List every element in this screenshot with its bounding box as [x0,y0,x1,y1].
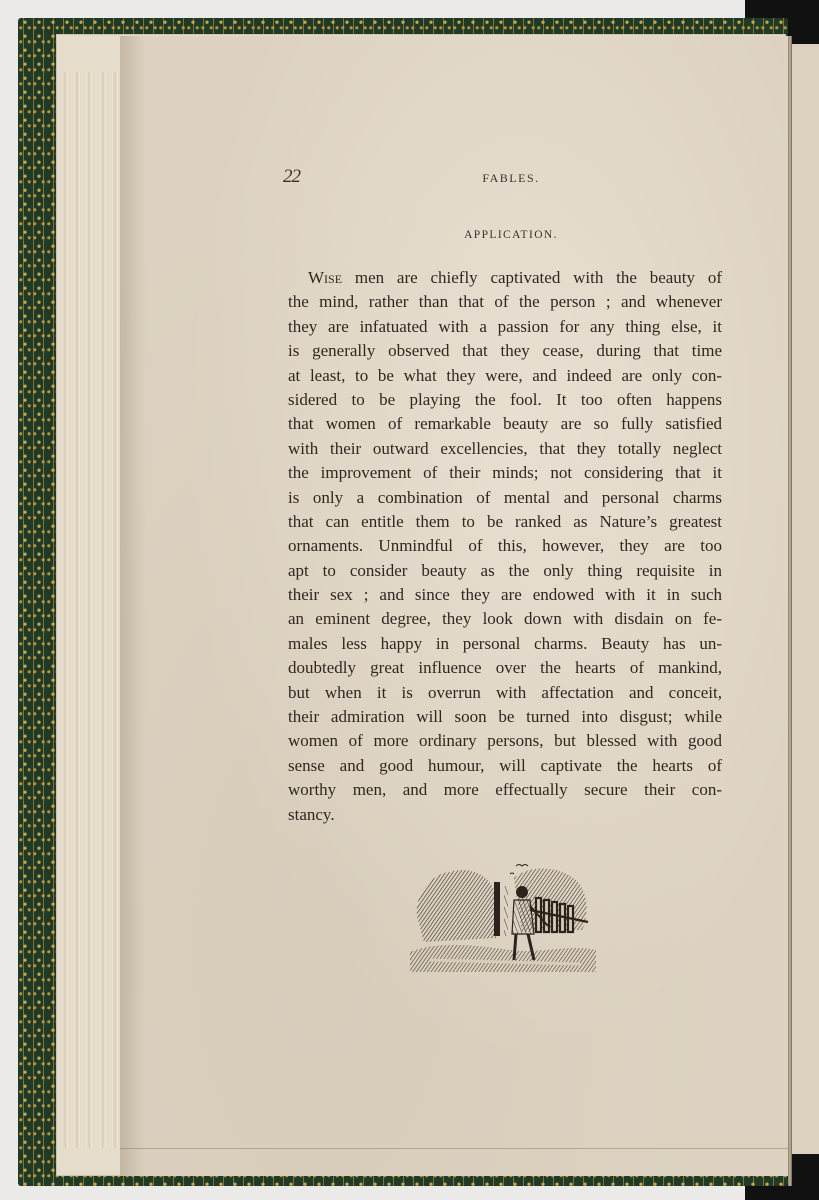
text-line: Wise men are chiefly captivated with the… [288,266,722,290]
running-head: 22 FABLES. [283,166,723,190]
text-line: apt to consider beauty as the only thing… [288,559,722,583]
text-line: doubtedly great influence over the heart… [288,656,722,680]
text-line: with their outward excellencies, that th… [288,437,722,461]
text-line: women of more ordinary persons, but bles… [288,729,722,753]
text-line: the mind, rather than that of the person… [288,290,722,314]
text-line: stancy. [288,803,722,827]
page-fold-line [120,1148,790,1149]
text-line: an eminent degree, they look down with d… [288,607,722,631]
facing-page [792,44,819,1154]
text-line: males less happy in personal charms. Bea… [288,632,722,656]
text-line: worthy men, and more effectually secure … [288,778,722,802]
page-edge [112,72,118,1148]
text-line-content: men are chiefly captivated with the beau… [342,268,722,287]
woodcut-image [410,860,596,974]
page-edge [86,72,92,1148]
body-text: Wise men are chiefly captivated with the… [288,266,722,827]
drop-word: Wise [308,268,342,287]
text-line: their admiration will soon be turned int… [288,705,722,729]
text-line: that women of remarkable beauty are so f… [288,412,722,436]
page-edge [100,72,106,1148]
text-line: the improvement of their minds; not cons… [288,461,722,485]
text-line: at least, to be what they were, and inde… [288,364,722,388]
text-line: that can entitle them to be ranked as Na… [288,510,722,534]
page-shadow [120,36,146,1176]
page-edge [74,72,80,1148]
text-line: their sex ; and since they are endowed w… [288,583,722,607]
page-edge [62,72,68,1148]
text-line: is only a combination of mental and pers… [288,486,722,510]
text-line: is generally observed that they cease, d… [288,339,722,363]
text-line: sense and good humour, will captivate th… [288,754,722,778]
running-title: FABLES. [283,171,723,186]
text-line: ornaments. Unmindful of this, however, t… [288,534,722,558]
backdrop [0,0,745,18]
text-line: they are infatuated with a passion for a… [288,315,722,339]
text-line: but when it is overrun with affectation … [288,681,722,705]
section-title: APPLICATION. [283,229,723,241]
woodcut-illustration [410,860,596,974]
text-line: sidered to be playing the fool. It too o… [288,388,722,412]
